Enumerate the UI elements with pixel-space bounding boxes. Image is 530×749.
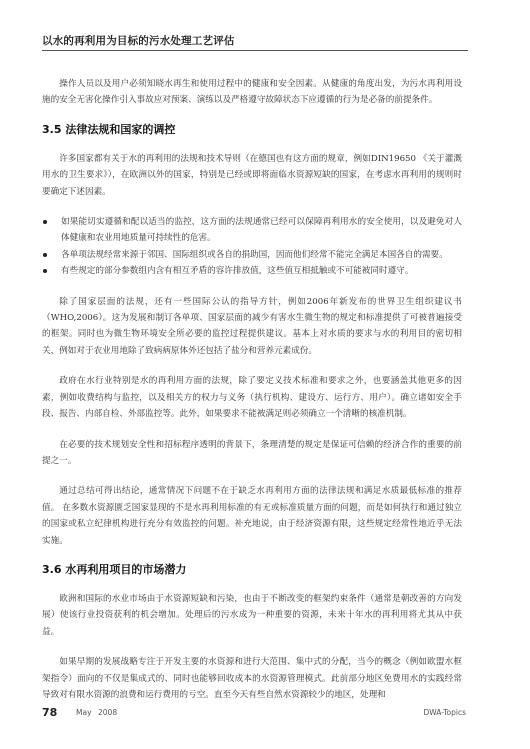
bullet-list: 如果能切实遵循和配以适当的监控，这方面的法规通常已经可以保障再利用水的安全使用，… bbox=[42, 214, 462, 280]
bullet-text: 有些规定的部分参数组内含有相互矛盾的容许排放值，这些值互相抵触或不可能被同时遵守… bbox=[61, 266, 413, 276]
bullet-icon bbox=[43, 253, 47, 257]
bullet-icon bbox=[43, 220, 47, 224]
bullet-item: 如果能切实遵循和配以适当的监控，这方面的法规通常已经可以保障再利用水的安全使用，… bbox=[42, 214, 462, 247]
paragraph: 如果早期的发展战略专注于开发主要的水资源和进行大范围、集中式的分配，当今的概念（… bbox=[42, 654, 462, 703]
page-number: 78 bbox=[42, 706, 57, 719]
footer-month: May bbox=[76, 708, 92, 717]
paragraph: 许多国家都有关于水的再利用的法规和技术导则（在德国也有这方面的规章，例如DIN1… bbox=[42, 151, 462, 200]
bullet-item: 有些规定的部分参数组内含有相互矛盾的容许排放值，这些值互相抵触或不可能被同时遵守… bbox=[42, 263, 462, 279]
running-header-title: 以水的再利用为目标的污水处理工艺评估 bbox=[42, 35, 235, 47]
bullet-item: 各单项法规经常来源于邻国、国际组织或各自的捐助国，因而他们经常不能完全满足本国各… bbox=[42, 247, 462, 263]
paragraph: 欧洲和国际的水业市场由于水资源短缺和污染，也由于不断改变的框架约束条件（通常是朝… bbox=[42, 591, 462, 640]
bullet-text: 各单项法规经常来源于邻国、国际组织或各自的捐助国，因而他们经常不能完全满足本国各… bbox=[61, 250, 448, 260]
intro-paragraph: 操作人员以及用户必须知晓水再生和使用过程中的健康和安全因素。从健康的角度出发，为… bbox=[42, 76, 462, 109]
page-footer: 78 May 2008 DWA-Topics bbox=[42, 706, 466, 722]
paragraph: 在必要的技术规划安全性和招标程序透明的背景下，条理清楚的规定是保证可信赖的经济合… bbox=[42, 437, 462, 470]
bullet-icon bbox=[43, 269, 47, 273]
paragraph: 通过总结可得出结论，通常情况下问题不在于缺乏水再利用方面的法律法规和满足水质最低… bbox=[42, 483, 462, 549]
footer-year: 2008 bbox=[98, 708, 117, 717]
running-header: 以水的再利用为目标的污水处理工艺评估 bbox=[42, 34, 468, 51]
paragraph: 政府在水行业特别是水的再利用方面的法规，除了要定义技术标准和要求之外，也要涵盖其… bbox=[42, 373, 462, 422]
section-heading-3-5: 3.5 法律法规和国家的调控 bbox=[42, 123, 462, 137]
bullet-text: 如果能切实遵循和配以适当的监控，这方面的法规通常已经可以保障再利用水的安全使用，… bbox=[61, 217, 462, 243]
publication-name: DWA-Topics bbox=[423, 708, 466, 717]
section-heading-3-6: 3.6 水再利用项目的市场潜力 bbox=[42, 563, 462, 577]
paragraph: 除了国家层面的法规，还有一些国际公认的指导方针，例如2006年新发布的世界卫生组… bbox=[42, 294, 462, 360]
page-body: 操作人员以及用户必须知晓水再生和使用过程中的健康和安全因素。从健康的角度出发，为… bbox=[42, 76, 462, 717]
